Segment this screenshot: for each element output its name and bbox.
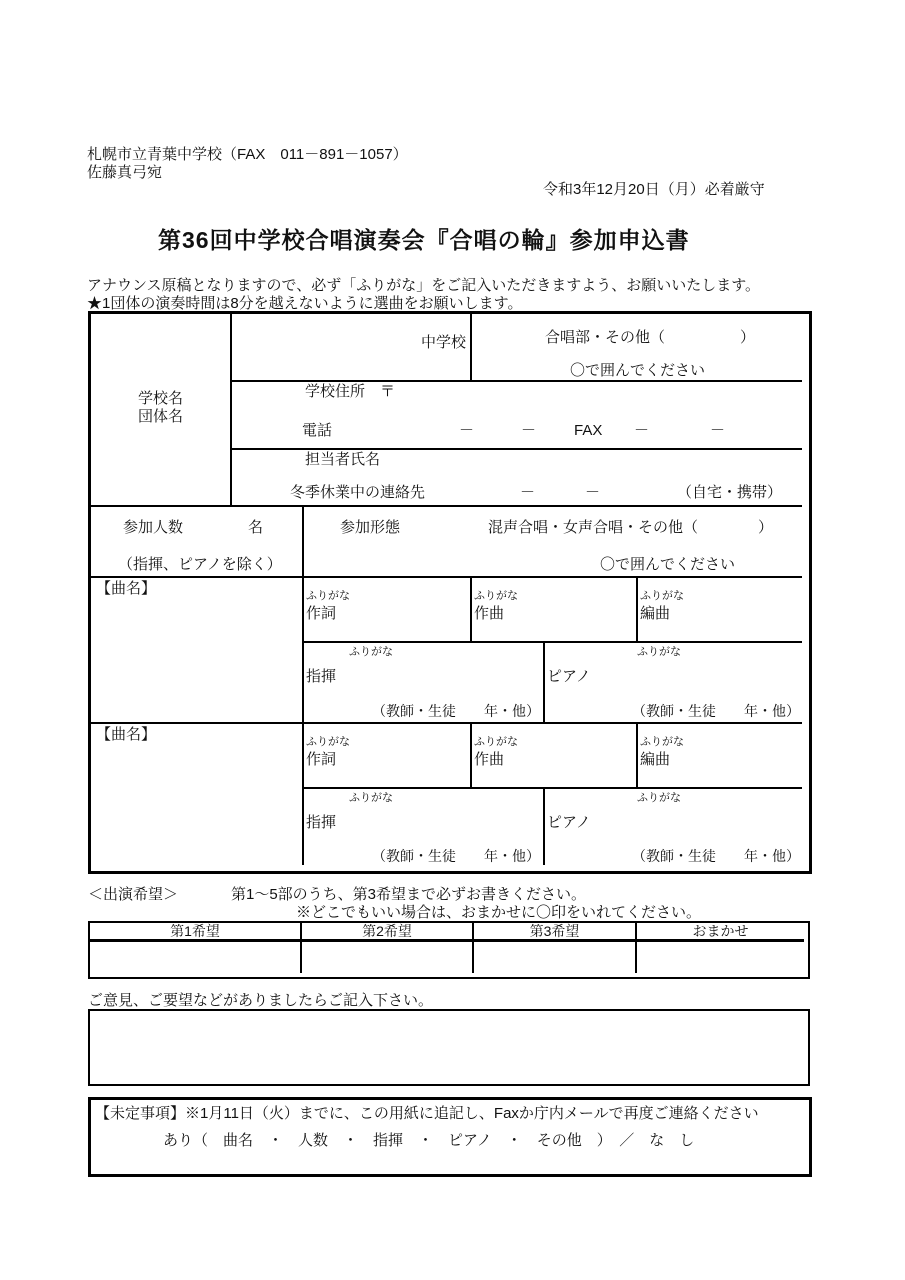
participant-count-note: （指揮、ピアノを除く）: [118, 556, 282, 574]
song1-composer-furigana-label: ふりがな: [474, 590, 518, 603]
song2-lyricist-furigana-label: ふりがな: [306, 736, 350, 749]
song2-arranger-furigana-label: ふりがな: [640, 736, 684, 749]
preference-instruction: 第1～5部のうち、第3希望まで必ずお書きください。: [231, 886, 586, 904]
circle-instruction-1: 〇で囲んでください: [570, 362, 705, 380]
tel-dash-2: －: [521, 422, 536, 440]
grid-line: [90, 939, 804, 942]
grid-line: [302, 505, 304, 865]
school-suffix-label: 中学校: [351, 334, 466, 352]
grid-line: [230, 380, 802, 382]
preference-note: ※どこでもいい場合は、おまかせに〇印をいれてください。: [296, 904, 701, 922]
grid-line: [636, 722, 638, 787]
participation-type-label: 参加形態: [340, 519, 400, 537]
preference-col-2-header: 第2希望: [302, 923, 472, 939]
preference-col-3-header: 第3希望: [474, 923, 635, 939]
grid-line: [230, 314, 232, 505]
grid-line: [302, 787, 802, 789]
fax-dash-1: －: [634, 422, 649, 440]
grid-line: [230, 448, 802, 450]
winter-dash-1: －: [520, 484, 535, 502]
song2-piano-label: ピアノ: [547, 814, 591, 832]
circle-instruction-2: 〇で囲んでください: [600, 556, 735, 574]
participant-count-unit: 名: [248, 519, 263, 537]
song1-conductor-role-note: （教師・生徒 年・他）: [372, 703, 540, 719]
school-info-table: 学校名団体名 中学校 合唱部・その他（ ） 〇で囲んでください 学校住所 〒 電…: [88, 311, 812, 874]
song2-composer-label: 作曲: [474, 751, 504, 769]
song1-piano-role-note: （教師・生徒 年・他）: [632, 703, 800, 719]
preference-col-4-header: おまかせ: [637, 923, 804, 939]
application-form-page: 札幌市立青葉中学校（FAX 011－891－1057） 佐藤真弓宛 令和3年12…: [0, 0, 905, 1280]
preference-table: 第1希望 第2希望 第3希望 おまかせ: [88, 921, 810, 979]
grid-line: [543, 641, 545, 722]
comments-box: [88, 1009, 810, 1086]
group-name-label: 団体名: [138, 408, 183, 425]
winter-contact-suffix: （自宅・携帯）: [677, 484, 782, 502]
contact-person-label: 担当者氏名: [305, 451, 380, 469]
school-name-header: 学校名団体名: [91, 390, 230, 426]
undecided-line-1: 【未定事項】※1月11日（火）までに、この用紙に追記し、Faxか庁内メールで再度…: [95, 1105, 759, 1123]
undecided-box: 【未定事項】※1月11日（火）までに、この用紙に追記し、Faxか庁内メールで再度…: [88, 1097, 812, 1177]
song2-piano-role-note: （教師・生徒 年・他）: [632, 848, 800, 864]
song1-arranger-furigana-label: ふりがな: [640, 590, 684, 603]
song2-conductor-role-note: （教師・生徒 年・他）: [372, 848, 540, 864]
grid-line: [302, 641, 802, 643]
participant-count-label: 参加人数: [123, 519, 183, 537]
song1-conductor-label: 指揮: [306, 668, 336, 686]
grid-line: [91, 722, 802, 724]
address-label: 学校住所 〒: [305, 383, 395, 401]
song2-arranger-label: 編曲: [640, 751, 670, 769]
preference-heading: ＜出演希望＞: [88, 886, 178, 904]
undecided-line-2: あり（ 曲名 ・ 人数 ・ 指揮 ・ ピアノ ・ その他 ） ／ な し: [163, 1132, 694, 1150]
song2-lyricist-label: 作詞: [306, 751, 336, 769]
club-options-label: 合唱部・その他（ ）: [545, 329, 755, 347]
sender-school-line: 札幌市立青葉中学校（FAX 011－891－1057）: [87, 146, 408, 164]
song1-arranger-label: 編曲: [640, 605, 670, 623]
song1-conductor-furigana-label: ふりがな: [349, 646, 393, 659]
fax-label: FAX: [574, 422, 602, 440]
grid-line: [470, 576, 472, 641]
song1-piano-furigana-label: ふりがな: [637, 646, 681, 659]
song1-lyricist-label: 作詞: [306, 605, 336, 623]
recipient-line: 佐藤真弓宛: [87, 164, 162, 182]
song2-conductor-furigana-label: ふりがな: [349, 792, 393, 805]
tel-label: 電話: [302, 422, 332, 440]
deadline-line: 令和3年12月20日（月）必着厳守: [543, 181, 765, 199]
grid-line: [91, 505, 802, 507]
grid-line: [91, 576, 802, 578]
grid-line: [470, 314, 472, 380]
grid-line: [636, 576, 638, 641]
grid-line: [543, 787, 545, 865]
song2-piano-furigana-label: ふりがな: [637, 792, 681, 805]
tel-dash-1: －: [459, 422, 474, 440]
song1-piano-label: ピアノ: [547, 668, 591, 686]
song1-lyricist-furigana-label: ふりがな: [306, 590, 350, 603]
song1-composer-label: 作曲: [474, 605, 504, 623]
song2-conductor-label: 指揮: [306, 814, 336, 832]
fax-dash-2: －: [710, 422, 725, 440]
winter-dash-2: －: [585, 484, 600, 502]
song1-title-label: 【曲名】: [96, 580, 156, 598]
note-furigana: アナウンス原稿となりますので、必ず「ふりがな」をご記入いただきますよう、お願いい…: [87, 277, 760, 295]
participation-type-options: 混声合唱・女声合唱・その他（ ）: [488, 519, 773, 537]
comments-label: ご意見、ご要望などがありましたらご記入下さい。: [88, 992, 433, 1010]
winter-contact-label: 冬季休業中の連絡先: [290, 484, 425, 502]
school-name-label: 学校名: [138, 390, 183, 407]
form-title: 第36回中学校合唱演奏会『合唱の輪』参加申込書: [158, 227, 690, 253]
song2-composer-furigana-label: ふりがな: [474, 736, 518, 749]
preference-col-1-header: 第1希望: [90, 923, 300, 939]
grid-line: [470, 722, 472, 787]
song2-title-label: 【曲名】: [96, 726, 156, 744]
